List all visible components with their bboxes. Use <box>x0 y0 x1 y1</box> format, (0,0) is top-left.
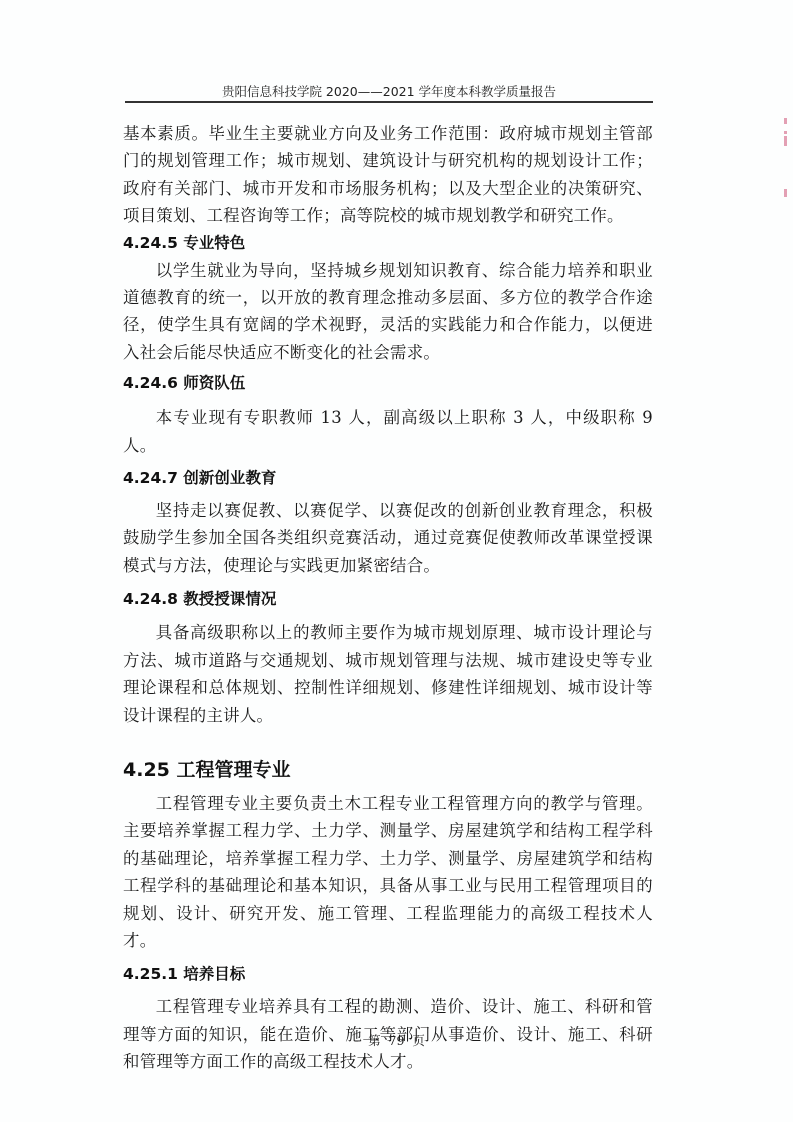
page-number: 第 79 页 <box>0 1031 793 1049</box>
intro-paragraph: 基本素质。毕业生主要就业方向及业务工作范围：政府城市规划主管部门的规划管理工作；… <box>123 120 653 230</box>
section-paragraph-4-24-7: 坚持走以赛促教、以赛促学、以赛促改的创新创业教育理念，积极鼓励学生参加全国各类组… <box>123 497 653 579</box>
scan-mark <box>784 189 787 197</box>
scan-mark <box>784 118 787 124</box>
section-heading-4-24-6: 4.24.6 师资队伍 <box>123 372 653 394</box>
section-heading-4-25-1: 4.25.1 培养目标 <box>123 963 653 985</box>
page-header: 贵阳信息科技学院 2020——2021 学年度本科教学质量报告 <box>125 82 653 100</box>
scan-mark <box>784 131 787 134</box>
section-heading-4-24-5: 4.24.5 专业特色 <box>123 232 653 254</box>
section-paragraph-4-25: 工程管理专业主要负责土木工程专业工程管理方向的教学与管理。主要培养掌握工程力学、… <box>123 790 653 954</box>
section-paragraph-4-24-6: 本专业现有专职教师 13 人，副高级以上职称 3 人，中级职称 9 人。 <box>123 404 653 459</box>
section-heading-4-25: 4.25 工程管理专业 <box>123 757 653 783</box>
page-content: 基本素质。毕业生主要就业方向及业务工作范围：政府城市规划主管部门的规划管理工作；… <box>123 120 653 1076</box>
section-paragraph-4-24-8: 具备高级职称以上的教师主要作为城市规划原理、城市设计理论与方法、城市道路与交通规… <box>123 619 653 729</box>
header-divider <box>125 101 653 103</box>
section-heading-4-24-7: 4.24.7 创新创业教育 <box>123 467 653 489</box>
scan-mark <box>784 136 787 146</box>
section-heading-4-24-8: 4.24.8 教授授课情况 <box>123 588 653 610</box>
section-paragraph-4-24-5: 以学生就业为导向，坚持城乡规划知识教育、综合能力培养和职业道德教育的统一，以开放… <box>123 257 653 367</box>
